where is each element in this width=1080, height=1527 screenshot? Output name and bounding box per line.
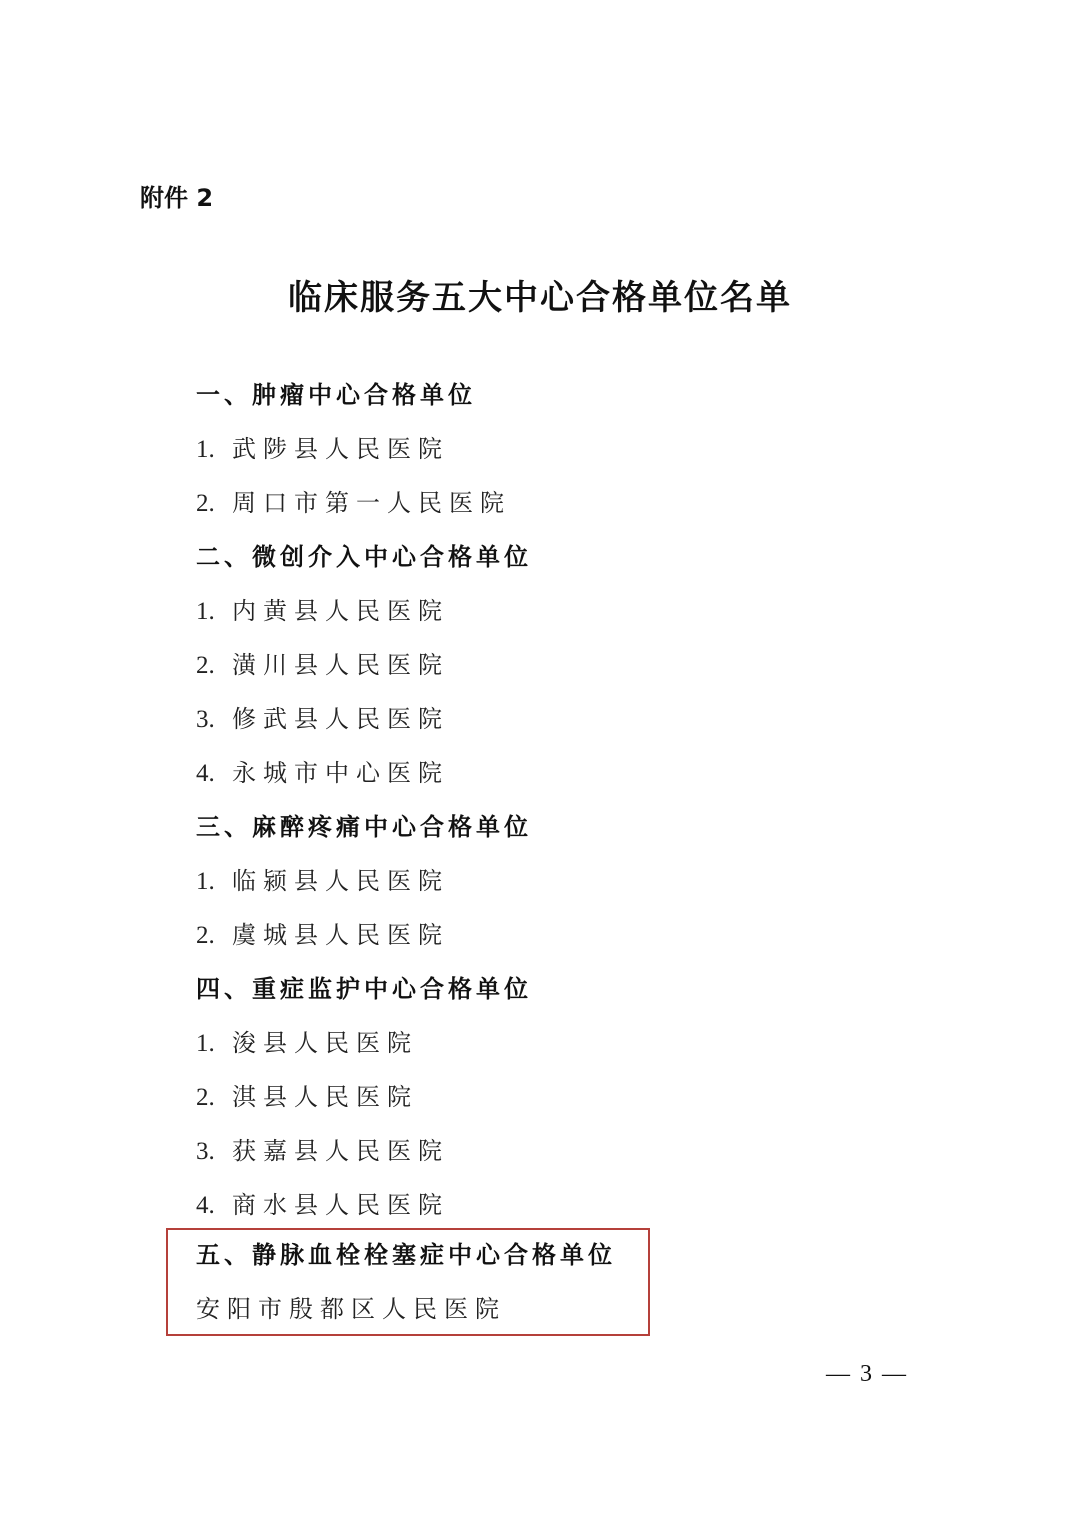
section-heading-oncology: 一、肿瘤中心合格单位 [196,368,896,422]
list-item: 4.永城市中心医院 [196,746,896,800]
list-item: 2.潢川县人民医院 [196,638,896,692]
item-number: 1. [196,423,232,477]
hospital-name: 临颍县人民医院 [232,867,449,895]
page-number: — 3 — [826,1356,908,1392]
hospital-name: 浚县人民医院 [232,1029,418,1057]
item-number: 4. [196,1179,232,1233]
section-heading-anesthesia-pain: 三、麻醉疼痛中心合格单位 [196,800,896,854]
hospital-name: 周口市第一人民医院 [232,489,511,517]
hospital-name: 武陟县人民医院 [232,435,449,463]
item-number: 2. [196,639,232,693]
item-number: 2. [196,477,232,531]
list-item: 1.浚县人民医院 [196,1016,896,1070]
list-item: 2.虞城县人民医院 [196,908,896,962]
item-number: 2. [196,1071,232,1125]
list-item: 2.淇县人民医院 [196,1070,896,1124]
section-heading-minimally-invasive: 二、微创介入中心合格单位 [196,530,896,584]
list-item: 3.修武县人民医院 [196,692,896,746]
hospital-name: 商水县人民医院 [232,1191,449,1219]
list-item: 1.临颍县人民医院 [196,854,896,908]
hospital-name: 获嘉县人民医院 [232,1137,449,1165]
list-item: 1.内黄县人民医院 [196,584,896,638]
hospital-name: 修武县人民医院 [232,705,449,733]
list-item: 4.商水县人民医院 [196,1178,896,1232]
item-number: 3. [196,1125,232,1179]
highlighted-section: 五、静脉血栓栓塞症中心合格单位 安阳市殷都区人民医院 [196,1228,656,1336]
item-number: 1. [196,855,232,909]
section-heading-vte: 五、静脉血栓栓塞症中心合格单位 [196,1228,656,1282]
hospital-name: 内黄县人民医院 [232,597,449,625]
attachment-label: 附件 2 [140,180,213,216]
hospital-name: 永城市中心医院 [232,759,449,787]
list-item: 2.周口市第一人民医院 [196,476,896,530]
section-heading-critical-care: 四、重症监护中心合格单位 [196,962,896,1016]
item-number: 3. [196,693,232,747]
hospital-name: 淇县人民医院 [232,1083,418,1111]
item-number: 2. [196,909,232,963]
item-number: 1. [196,1017,232,1071]
document-body: 一、肿瘤中心合格单位 1.武陟县人民医院 2.周口市第一人民医院 二、微创介入中… [196,368,896,1232]
item-number: 4. [196,747,232,801]
hospital-name: 虞城县人民医院 [232,921,449,949]
item-number: 1. [196,585,232,639]
page-title: 临床服务五大中心合格单位名单 [0,274,1080,322]
hospital-name: 安阳市殷都区人民医院 [196,1295,506,1323]
list-item: 3.获嘉县人民医院 [196,1124,896,1178]
list-item: 安阳市殷都区人民医院 [196,1282,656,1336]
hospital-name: 潢川县人民医院 [232,651,449,679]
list-item: 1.武陟县人民医院 [196,422,896,476]
